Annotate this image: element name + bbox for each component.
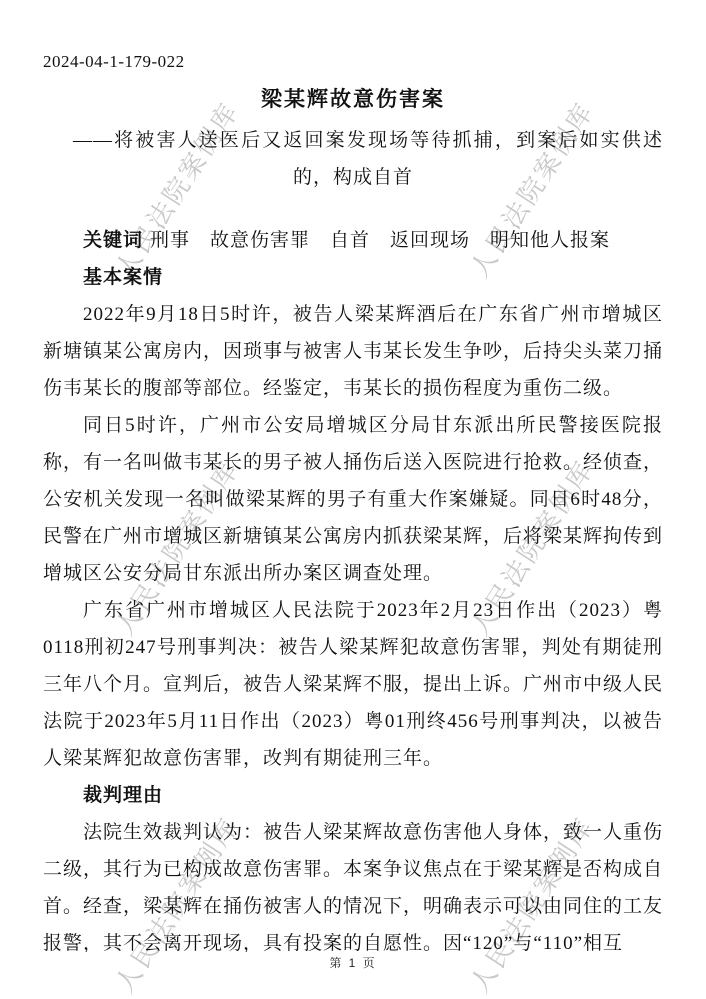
keywords-line: 关键词刑事 故意伤害罪 自首 返回现场 明知他人报案 xyxy=(43,222,663,259)
case-subtitle: ——将被害人送医后又返回案发现场等待抓捕，到案后如实供述的，构成自首 xyxy=(43,122,663,196)
section-heading-basic-facts: 基本案情 xyxy=(43,259,663,296)
keywords-list: 刑事 故意伤害罪 自首 返回现场 明知他人报案 xyxy=(150,230,610,251)
document-content: 2024-04-1-179-022 梁某辉故意伤害案 ——将被害人送医后又返回案… xyxy=(0,0,706,952)
court-case-document-page: 人民法院案例库 人民法院案例库 人民法院案例库 人民法院案例库 人民法院案例库 … xyxy=(0,0,706,999)
paragraph-facts-3: 广东省广州市增城区人民法院于2023年2月23日作出（2023）粤0118刑初2… xyxy=(43,592,663,777)
case-number: 2024-04-1-179-022 xyxy=(43,50,663,74)
keywords-label: 关键词 xyxy=(83,230,143,251)
section-heading-judgment-reasons: 裁判理由 xyxy=(43,777,663,814)
paragraph-facts-2: 同日5时许，广州市公安局增城区分局甘东派出所民警接医院报称，有一名叫做韦某长的男… xyxy=(43,407,663,592)
paragraph-reasons-1: 法院生效裁判认为：被告人梁某辉故意伤害他人身体，致一人重伤二级，其行为已构成故意… xyxy=(43,814,663,952)
page-number: 第 1 页 xyxy=(0,954,706,971)
paragraph-facts-1: 2022年9月18日5时许，被告人梁某辉酒后在广东省广州市增城区新塘镇某公寓房内… xyxy=(43,296,663,407)
page-title: 梁某辉故意伤害案 xyxy=(43,84,663,114)
